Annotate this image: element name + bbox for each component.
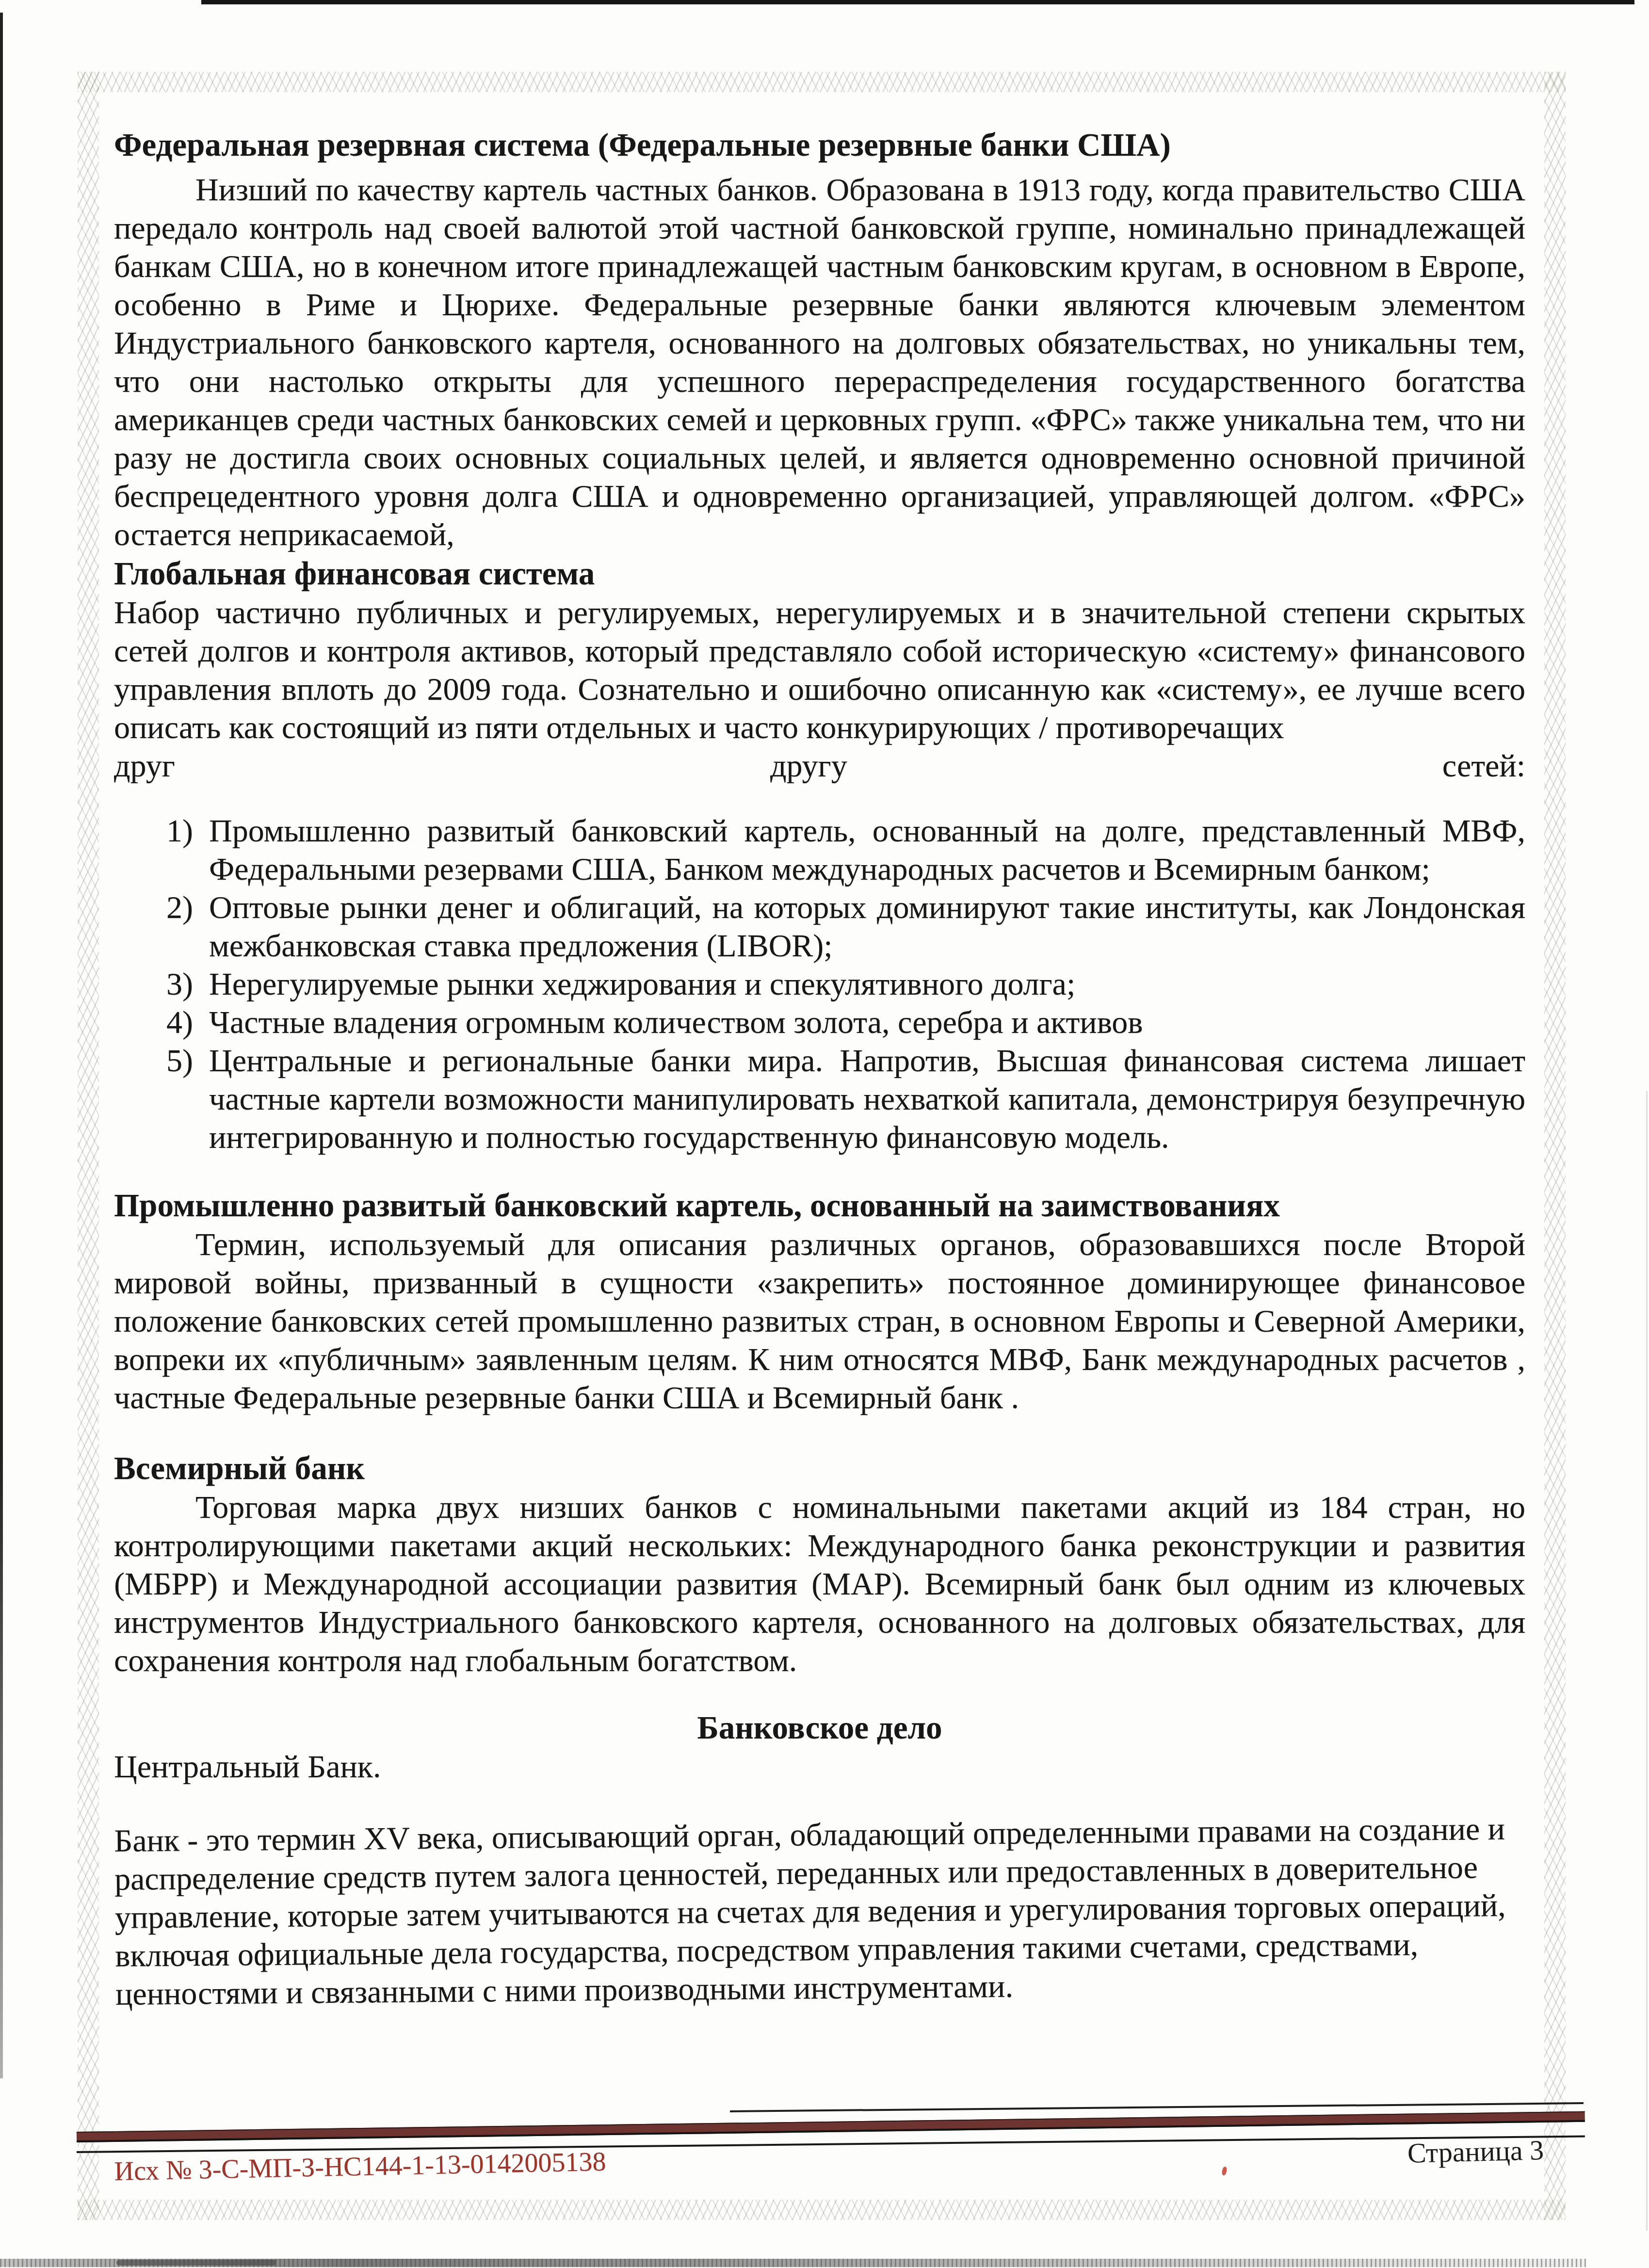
scan-edge-left-line <box>0 13 3 2078</box>
scan-bottom-smudge <box>116 2260 276 2266</box>
scanned-document-page: Федеральная резервная система (Федеральн… <box>0 0 1649 2268</box>
tail-word-center: другу <box>770 747 847 785</box>
list-item: 3) Нерегулируемые рынки хеджирования и с… <box>114 965 1525 1003</box>
section-heading-federal-reserve: Федеральная резервная система (Федеральн… <box>114 125 1525 165</box>
list-item: 1) Промышленно развитый банковский карте… <box>114 812 1525 888</box>
tail-word-right: сетей: <box>1442 747 1525 785</box>
paragraph-federal-reserve: Низший по качеству картель частных банко… <box>114 171 1525 554</box>
footer-outgoing-reference: Исх № 3-С-МП-З-НС144-1-13-0142005138 <box>114 2146 606 2187</box>
list-item: 4) Частные владения огромным количеством… <box>114 1003 1525 1042</box>
texture-border-bottom <box>78 2200 1566 2220</box>
paragraph-central-bank: Центральный Банк. <box>114 1748 1525 1786</box>
paragraph-world-bank: Торговая марка двух низших банков с номи… <box>114 1488 1525 1680</box>
networks-list: 1) Промышленно развитый банковский карте… <box>114 812 1525 1157</box>
footer-page-number: Страница 3 <box>1407 2134 1544 2170</box>
footer-rule-upper-thin <box>730 2102 1584 2112</box>
list-item-text: Частные владения огромным количеством зо… <box>209 1005 1143 1040</box>
texture-border-right <box>1544 72 1566 2220</box>
section-heading-global-financial-system: Глобальная финансовая система <box>114 554 1525 594</box>
section-heading-industrial-cartel: Промышленно развитый банковский картель,… <box>114 1186 1525 1225</box>
paragraph-industrial-cartel: Термин, используемый для описания различ… <box>114 1225 1525 1417</box>
tail-word-left: друг <box>114 747 175 785</box>
section-heading-world-bank: Всемирный банк <box>114 1448 1525 1488</box>
list-item-number: 2) <box>166 888 193 927</box>
justified-tail-line: друг другу сетей: <box>114 747 1525 785</box>
list-item-number: 5) <box>166 1042 193 1080</box>
list-item-text: Оптовые рынки денег и облигаций, на кото… <box>209 890 1525 964</box>
list-item: 2) Оптовые рынки денег и облигаций, на к… <box>114 888 1525 965</box>
stray-red-ink-mark <box>1221 2166 1228 2175</box>
section-heading-banking: Банковское дело <box>114 1708 1525 1748</box>
texture-border-left <box>78 72 99 2220</box>
list-item-text: Промышленно развитый банковский картель,… <box>209 813 1525 887</box>
list-item-text: Центральные и региональные банки мира. Н… <box>209 1043 1525 1155</box>
list-item: 5) Центральные и региональные банки мира… <box>114 1042 1525 1157</box>
list-item-number: 4) <box>166 1003 193 1042</box>
scan-edge-top-line <box>201 0 1634 4</box>
texture-border-top <box>78 72 1566 92</box>
document-body: Федеральная резервная система (Федеральн… <box>114 125 1525 2013</box>
paragraph-bank-definition: Банк - это термин XV века, описывающий о… <box>114 1810 1527 2013</box>
paragraph-global-financial-system: Набор частично публичных и регулируемых,… <box>114 594 1525 747</box>
list-item-number: 3) <box>166 965 193 1003</box>
list-item-number: 1) <box>166 812 193 850</box>
scan-edge-right-line <box>1646 1091 1648 2231</box>
list-item-text: Нерегулируемые рынки хеджирования и спек… <box>209 966 1075 1002</box>
